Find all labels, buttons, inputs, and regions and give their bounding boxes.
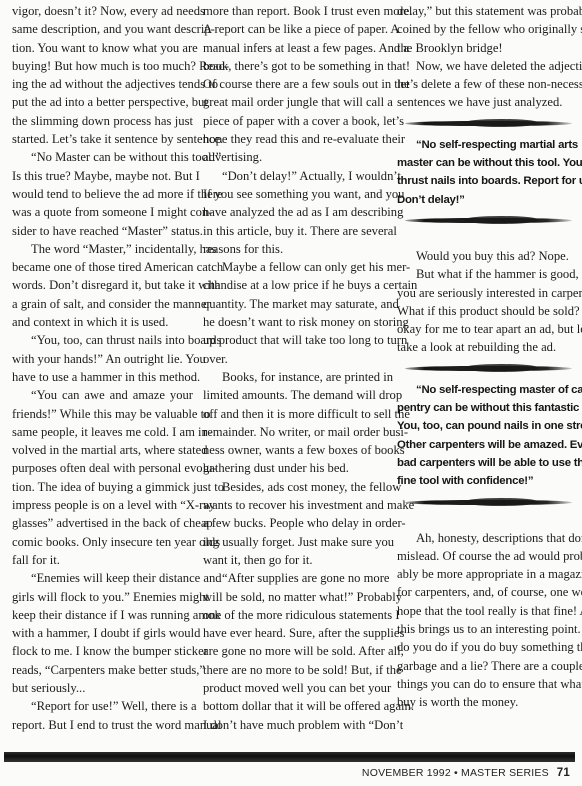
- text-line: But what if the hammer is good, and: [397, 265, 578, 283]
- text-line: impress people is on a level with “X-ray: [12, 496, 193, 514]
- text-line: have analyzed the ad as I am describing: [203, 203, 384, 221]
- text-line: product moved well you can bet your: [203, 679, 384, 697]
- text-line: hope they read this and re-evaluate thei…: [203, 130, 384, 148]
- footer-publication: NOVEMBER 1992 • MASTER SERIES: [362, 767, 549, 779]
- text-line: comic books. Only insecure ten year olds: [12, 533, 193, 551]
- text-line: okay for me to tear apart an ad, but let…: [397, 320, 578, 338]
- text-line: keep their distance if I was running amo…: [12, 606, 193, 624]
- text-line: book, there’s got to be something in tha…: [203, 57, 384, 75]
- text-line: this brings us to an interesting point. …: [397, 620, 578, 638]
- text-line: thrust nails into boards. Report for use…: [397, 172, 578, 190]
- text-line: buy is worth the money.: [397, 693, 578, 711]
- text-line: off and then it is more difficult to sel…: [203, 405, 384, 423]
- text-line: have to use a hammer in this method.: [12, 368, 193, 386]
- text-line: remainder. No writer, or mail order busi…: [203, 423, 384, 441]
- text-line: Is this true? Maybe, maybe not. But I: [12, 167, 193, 185]
- text-line: A report can be like a piece of paper. A: [203, 20, 384, 38]
- text-line: Ah, honesty, descriptions that don’t: [397, 529, 578, 547]
- text-line: words. Don’t disregard it, but take it w…: [12, 276, 193, 294]
- text-line: “Enemies will keep their distance and: [12, 569, 193, 587]
- text-line: “No self-respecting martial arts: [397, 136, 578, 154]
- text-line: hope that the tool really is that fine! …: [397, 602, 578, 620]
- text-line: Maybe a fellow can only get his mer-: [203, 258, 384, 276]
- text-line: bottom dollar that it will be offered ag…: [203, 697, 384, 715]
- text-line: master can be without this tool. You can: [397, 154, 578, 172]
- text-line: started. Let’s take it sentence by sente…: [12, 130, 193, 148]
- text-line: ing usually forget. Just make sure you: [203, 533, 384, 551]
- text-line: more than report. Book I trust even more…: [203, 2, 384, 20]
- column-3-intro: delay,” but this statement was probablyc…: [397, 2, 578, 112]
- text-line: up product that will take too long to tu…: [203, 331, 384, 349]
- text-line: Now, we have deleted the adjectives,: [397, 57, 578, 75]
- text-line: but seriously...: [12, 679, 193, 697]
- text-line: for carpenters, and, of course, one woul…: [397, 583, 578, 601]
- text-line: Don’t delay!”: [397, 191, 578, 209]
- page-number: 71: [557, 767, 570, 779]
- text-line: The word “Master,” incidentally, has: [12, 240, 193, 258]
- text-line: ing the ad without the adjectives tends …: [12, 75, 193, 93]
- text-line: gathering dust under his bed.: [203, 459, 384, 477]
- text-line: reasons for this.: [203, 240, 384, 258]
- text-line: sentences we have just analyzed.: [397, 93, 578, 111]
- text-line: report. But I end to trust the word manu…: [12, 716, 193, 734]
- text-line: wants to recover his investment and make: [203, 496, 384, 514]
- text-line: there are no more to be sold! But, if th…: [203, 661, 384, 679]
- text-line: have ever heard. Sure, after the supplie…: [203, 624, 384, 642]
- text-line: purposes often deal with personal evolu-: [12, 459, 193, 477]
- text-line: same people, it leaves me cold. I am in-: [12, 423, 193, 441]
- text-line: do you do if you do buy something that i…: [397, 638, 578, 656]
- column-3-middle: Would you buy this ad? Nope.But what if …: [397, 247, 578, 357]
- text-line: “Don’t delay!” Actually, I wouldn’t.: [203, 167, 384, 185]
- text-line: Books, for instance, are printed in: [203, 368, 384, 386]
- text-line: take a look at rebuilding the ad.: [397, 338, 578, 356]
- text-line: he doesn’t want to risk money on storing: [203, 313, 384, 331]
- text-line: You, too, can pound nails in one stroke!: [397, 417, 578, 435]
- text-line: put the ad into a better perspective, bu…: [12, 93, 193, 111]
- text-line: coined by the fellow who originally sold: [397, 20, 578, 38]
- text-line: advertising.: [203, 148, 384, 166]
- text-line: was a quote from someone I might con-: [12, 203, 193, 221]
- text-line: glasses” advertised in the back of cheap: [12, 514, 193, 532]
- text-line: “You can awe and amaze your: [12, 386, 193, 404]
- text-line: things you can do to ensure that what yo…: [397, 675, 578, 693]
- text-line: buying! But how much is too much? Read-: [12, 57, 193, 75]
- text-line: flock to me. I know the bumper sticker: [12, 642, 193, 660]
- text-line: tion. You want to know what you are: [12, 39, 193, 57]
- text-line: ness owner, wants a few boxes of books: [203, 441, 384, 459]
- page-footer: NOVEMBER 1992 • MASTER SERIES71: [362, 767, 570, 779]
- brush-stroke-divider: [397, 357, 578, 381]
- text-line: would tend to believe the ad more if the…: [12, 185, 193, 203]
- text-line: with your hands!” An outright lie. You: [12, 350, 193, 368]
- text-line: Besides, ads cost money, the fellow: [203, 478, 384, 496]
- text-line: garbage and a lie? There are a couple of: [397, 657, 578, 675]
- text-line: with a hammer, I doubt if girls would: [12, 624, 193, 642]
- text-line: one of the more ridiculous statements I: [203, 606, 384, 624]
- text-line: became one of those tired American catch: [12, 258, 193, 276]
- text-line: mislead. Of course the ad would prob-: [397, 547, 578, 565]
- brush-stroke-divider: [397, 112, 578, 136]
- text-line: piece of paper with a cover a book, let’…: [203, 112, 384, 130]
- text-line: quantity. The market may saturate, and: [203, 295, 384, 313]
- text-line: “No Master can be without this tool!”: [12, 148, 193, 166]
- brush-stroke-divider: [397, 209, 578, 233]
- pull-quote-original-ad: “No self-respecting martial artsmaster c…: [397, 136, 578, 209]
- text-line: “After supplies are gone no more: [203, 569, 384, 587]
- text-line: “You, too, can thrust nails into boards: [12, 331, 193, 349]
- text-line: pentry can be without this fantastic too…: [397, 399, 578, 417]
- brush-stroke-divider: [397, 491, 578, 515]
- column-2: more than report. Book I trust even more…: [203, 2, 384, 734]
- text-line: ably be more appropriate in a magazine: [397, 565, 578, 583]
- text-line: a grain of salt, and consider the manner: [12, 295, 193, 313]
- column-3: delay,” but this statement was probablyc…: [397, 2, 578, 712]
- text-line: “No self-respecting master of car-: [397, 381, 578, 399]
- text-line: girls will flock to you.” Enemies might: [12, 588, 193, 606]
- text-line: in this article, buy it. There are sever…: [203, 222, 384, 240]
- text-line: vigor, doesn’t it? Now, every ad needs: [12, 2, 193, 20]
- text-line: sider to have reached “Master” status.: [12, 222, 193, 240]
- text-line: Would you buy this ad? Nope.: [397, 247, 578, 265]
- text-line: manual infers at least a few pages. And …: [203, 39, 384, 57]
- text-line: and context in which it is used.: [12, 313, 193, 331]
- text-line: great mail order jungle that will call a: [203, 93, 384, 111]
- text-line: friends!” While this may be valuable to: [12, 405, 193, 423]
- text-line: reads, “Carpenters make better studs,”: [12, 661, 193, 679]
- text-line: If you see something you want, and you: [203, 185, 384, 203]
- text-line: will be sold, no matter what!” Probably: [203, 588, 384, 606]
- text-line: fine tool with confidence!”: [397, 472, 578, 490]
- text-line: volved in the martial arts, where stated: [12, 441, 193, 459]
- text-line: fall for it.: [12, 551, 193, 569]
- text-line: tion. The idea of buying a gimmick just …: [12, 478, 193, 496]
- text-line: delay,” but this statement was probably: [397, 2, 578, 20]
- text-line: chandise at a low price if he buys a cer…: [203, 276, 384, 294]
- text-line: let’s delete a few of these non-necessar…: [397, 75, 578, 93]
- text-line: I don’t have much problem with “Don’t: [203, 716, 384, 734]
- text-line: Other carpenters will be amazed. Even: [397, 436, 578, 454]
- text-line: bad carpenters will be able to use this: [397, 454, 578, 472]
- column-1: vigor, doesn’t it? Now, every ad needssa…: [12, 2, 193, 734]
- footer-rule: [4, 752, 575, 762]
- text-line: over.: [203, 350, 384, 368]
- text-line: “Report for use!” Well, there is a: [12, 697, 193, 715]
- text-line: Of course there are a few souls out in t…: [203, 75, 384, 93]
- text-line: same description, and you want descrip-: [12, 20, 193, 38]
- column-3-closing: Ah, honesty, descriptions that don’tmisl…: [397, 529, 578, 712]
- text-line: a few bucks. People who delay in order-: [203, 514, 384, 532]
- text-line: limited amounts. The demand will drop: [203, 386, 384, 404]
- text-line: are gone no more will be sold. After all…: [203, 642, 384, 660]
- pull-quote-rebuilt-ad: “No self-respecting master of car-pentry…: [397, 381, 578, 491]
- text-line: What if this product should be sold? It’…: [397, 302, 578, 320]
- text-line: the slimming down process has just: [12, 112, 193, 130]
- text-line: want it, then go for it.: [203, 551, 384, 569]
- text-line: the Brooklyn bridge!: [397, 39, 578, 57]
- text-line: you are seriously interested in carpentr…: [397, 284, 578, 302]
